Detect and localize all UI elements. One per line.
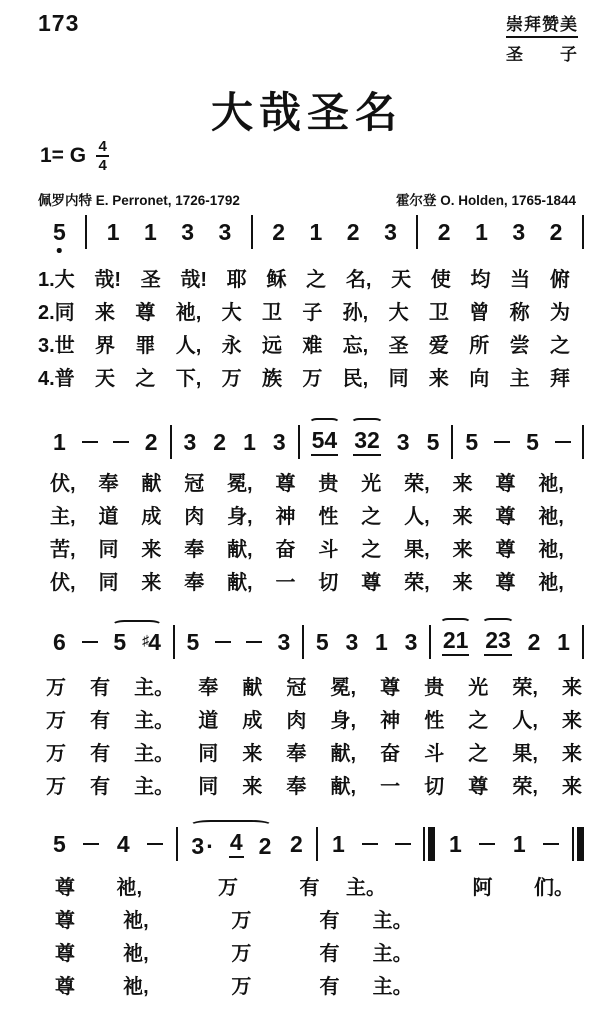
lyric-syllable: 之	[306, 270, 326, 290]
duration-dash	[395, 843, 411, 846]
lyric-syllable: 来	[242, 744, 262, 764]
lyric-syllable: 尊	[468, 777, 488, 797]
note: 5	[426, 431, 441, 454]
lyric-syllable: 尊	[495, 540, 515, 560]
verse-lyric-block-2: 伏,奉献冠冕,尊贵光荣,来尊祂, 主,道成肉身,神性之人,来尊祂, 苦,同来奉献…	[0, 467, 614, 599]
barline	[451, 425, 453, 459]
barline	[173, 625, 175, 659]
note: 21	[442, 629, 470, 656]
note: 5	[525, 431, 540, 454]
lyric-line: 2.同来尊祂,大卫子孙,大卫曾称为	[0, 296, 614, 329]
lyricist-credit: 佩罗内特 E. Perronet, 1726-1792	[38, 189, 240, 209]
meter-lower: 4	[98, 158, 106, 173]
key-label: 1= G	[40, 144, 86, 168]
note: 2	[437, 221, 452, 244]
lyric-syllable: 切	[318, 573, 338, 593]
note: 32	[353, 429, 381, 456]
lyric-syllable: 来	[453, 573, 473, 593]
lyric-syllable: 献,	[330, 777, 356, 797]
note: 3	[183, 431, 198, 454]
lyric-syllable: 4.普	[38, 369, 75, 389]
lyric-line: 1.大哉!圣哉!耶稣之名,天使均当俯	[0, 263, 614, 296]
lyric-syllable: 万	[46, 744, 66, 764]
lyric-syllable: 子	[302, 303, 322, 323]
lyric-line: 尊祂,万有主。	[0, 937, 614, 970]
lyric-line: 伏,奉献冠冕,尊贵光荣,来尊祂,	[0, 467, 614, 500]
note: 3	[396, 431, 411, 454]
lyric-syllable: 来	[453, 474, 473, 494]
lyric-syllable: 斗	[424, 744, 444, 764]
music-line-1: 5113321232132	[0, 209, 614, 255]
lyric-syllable: 孙,	[343, 303, 369, 323]
lyric-syllable: 有	[90, 678, 110, 698]
final-barline-thick	[577, 827, 584, 861]
meter-upper: 4	[98, 139, 106, 154]
lyric-syllable: 尊	[55, 911, 75, 931]
lyric-syllable: 民,	[343, 369, 369, 389]
lyric-syllable: 稣	[266, 270, 286, 290]
lyric-syllable: 来	[453, 540, 473, 560]
lyric-syllable: 性	[318, 507, 338, 527]
lyric-syllable: 罪	[135, 336, 155, 356]
lyric-syllable: 之	[468, 744, 488, 764]
lyric-syllable: 尝	[510, 336, 530, 356]
lyric-syllable: 永	[222, 336, 242, 356]
lyric-syllable: 肉	[286, 711, 306, 731]
lyric-syllable: 圣	[141, 270, 161, 290]
slur-arc	[309, 418, 341, 428]
lyric-syllable: 同	[98, 540, 118, 560]
barline	[316, 827, 318, 861]
lyric-syllable: 耶	[227, 270, 247, 290]
lyric-syllable: 苦,	[50, 540, 76, 560]
lyric-syllable: 尊	[380, 678, 400, 698]
lyric-line: 尊祂,万有主。	[0, 970, 614, 1003]
lyric-syllable: 主。	[134, 711, 174, 731]
note: 4	[116, 833, 131, 856]
lyric-syllable: 来	[429, 369, 449, 389]
lyric-syllable: 来	[562, 777, 582, 797]
lyric-syllable: 光	[361, 474, 381, 494]
music-line-3: 65♯4535313212321	[0, 619, 614, 665]
page-header: 173 崇拜赞美 圣 子	[0, 0, 614, 65]
composer-credit: 霍尔登 O. Holden, 1765-1844	[396, 189, 576, 209]
lyric-syllable: 尊	[55, 977, 75, 997]
note: 54	[311, 429, 339, 456]
lyric-line: 3.世界罪人,永远难忘,圣爱所尝之	[0, 329, 614, 362]
lyric-syllable: 身,	[227, 507, 253, 527]
lyric-syllable: 1.大	[38, 270, 75, 290]
note: 3	[180, 221, 195, 244]
lyric-syllable: 拜	[550, 369, 570, 389]
lyric-syllable: 一	[380, 777, 400, 797]
lyric-syllable: 奉	[184, 573, 204, 593]
duration-dash	[494, 441, 510, 444]
lyric-syllable: 万	[218, 878, 238, 898]
lyric-syllable: 爱	[429, 336, 449, 356]
lyric-syllable: 祂,	[176, 303, 202, 323]
note: 23	[484, 629, 512, 656]
lyric-syllable: 大	[222, 303, 242, 323]
lyric-syllable: 主。	[373, 944, 413, 964]
subcategory-label: 圣 子	[506, 40, 578, 65]
lyric-syllable: 卫	[429, 303, 449, 323]
lyric-syllable: 哉!	[94, 270, 121, 290]
lyric-syllable: 荣,	[512, 678, 538, 698]
lyric-line: 尊祂,万有主。	[0, 904, 614, 937]
note: 2	[527, 631, 542, 654]
final-barline	[572, 827, 584, 861]
lyric-line: 主,道成肉身,神性之人,来尊祂,	[0, 500, 614, 533]
duration-dash	[246, 641, 262, 644]
music-line-4: 543·422111	[0, 821, 614, 867]
lyric-line: 苦,同来奉献,奋斗之果,来尊祂,	[0, 533, 614, 566]
barline	[176, 827, 178, 861]
note: 1	[512, 833, 527, 856]
note: ♯4	[141, 631, 162, 654]
duration-dash	[362, 843, 378, 846]
lyric-syllable: 2.同	[38, 303, 75, 323]
note: 3	[344, 631, 359, 654]
lyric-syllable: 来	[95, 303, 115, 323]
lyric-syllable: 尊	[495, 507, 515, 527]
lyric-syllable: 界	[95, 336, 115, 356]
duration-dash	[147, 843, 163, 846]
note: 5	[185, 631, 200, 654]
lyric-syllable: 为	[550, 303, 570, 323]
lyric-line: 万有主。同来奉献,一切尊荣,来	[0, 770, 614, 803]
note: 1	[143, 221, 158, 244]
lyric-syllable: 有	[319, 911, 339, 931]
barline	[170, 425, 172, 459]
lyric-syllable: 祂,	[538, 507, 564, 527]
lyric-syllable: 下,	[176, 369, 202, 389]
lyric-syllable: 身,	[330, 711, 356, 731]
lyric-syllable: 主。	[373, 911, 413, 931]
lyric-syllable: 同	[198, 744, 218, 764]
lyric-syllable: 来	[562, 678, 582, 698]
note: 1	[374, 631, 389, 654]
lyric-syllable: 有	[90, 744, 110, 764]
duration-dash	[543, 843, 559, 846]
barline	[302, 625, 304, 659]
lyric-syllable: 大	[389, 303, 409, 323]
note: 3	[404, 631, 419, 654]
lyric-syllable: 均	[470, 270, 490, 290]
barline	[582, 215, 584, 249]
note: 1	[331, 833, 346, 856]
meter-fraction: 4 4	[96, 139, 109, 173]
lyric-syllable: 所	[469, 336, 489, 356]
lyric-syllable: 有	[90, 777, 110, 797]
slur-arc	[482, 618, 514, 628]
lyric-syllable: 伏,	[50, 573, 76, 593]
lyric-syllable: 有	[319, 944, 339, 964]
music-line-2: 12321354323555	[0, 419, 614, 465]
final-barline	[423, 827, 435, 861]
lyric-syllable: 向	[469, 369, 489, 389]
lyric-syllable: 奋	[276, 540, 296, 560]
lyric-syllable: 之	[135, 369, 155, 389]
lyric-syllable: 成	[141, 507, 161, 527]
lyric-syllable: 之	[361, 507, 381, 527]
note: 5	[464, 431, 479, 454]
lyric-syllable: 俯	[550, 270, 570, 290]
lyric-syllable: 有	[90, 711, 110, 731]
lyric-syllable: 尊	[495, 573, 515, 593]
slur-group: 5♯4	[112, 631, 162, 654]
duration-dash	[83, 843, 99, 846]
duration-dash	[215, 641, 231, 644]
note: 3	[272, 431, 287, 454]
hymn-number: 173	[38, 10, 79, 37]
slur-arc	[440, 618, 472, 628]
category-block: 崇拜赞美 圣 子	[506, 10, 578, 65]
lyric-syllable: 主。	[134, 678, 174, 698]
lyric-syllable: 难	[302, 336, 322, 356]
lyric-syllable: 同	[98, 573, 118, 593]
lyric-syllable: 当	[510, 270, 530, 290]
lyric-syllable: 之	[361, 540, 381, 560]
lyric-syllable: 来	[141, 573, 161, 593]
lyric-syllable: 同	[389, 369, 409, 389]
lyric-syllable: 曾	[469, 303, 489, 323]
hymn-title: 大哉圣名	[0, 91, 614, 135]
lyric-syllable: 有	[300, 878, 320, 898]
lyric-syllable: 献,	[330, 744, 356, 764]
note: 1	[309, 221, 324, 244]
lyric-syllable: 万	[46, 777, 66, 797]
lyric-syllable: 肉	[184, 507, 204, 527]
lyric-syllable: 神	[380, 711, 400, 731]
lyric-syllable: 荣,	[512, 777, 538, 797]
barline	[251, 215, 253, 249]
lyric-syllable: 来	[453, 507, 473, 527]
lyric-syllable: 主。	[346, 878, 386, 898]
final-barline-thick	[428, 827, 435, 861]
note: 3	[277, 631, 292, 654]
lyric-syllable: 冕,	[330, 678, 356, 698]
lyric-syllable: 献,	[227, 573, 253, 593]
lyric-syllable: 来	[562, 711, 582, 731]
verse-lyric-block-1: 1.大哉!圣哉!耶稣之名,天使均当俯 2.同来尊祂,大卫子孙,大卫曾称为 3.世…	[0, 263, 614, 395]
lyric-syllable: 哉!	[180, 270, 207, 290]
lyric-syllable: 尊	[135, 303, 155, 323]
verse-lyric-block-3: 万有主。奉献冠冕,尊贵光荣,来 万有主。道成肉身,神性之人,来 万有主。同来奉献…	[0, 671, 614, 803]
duration-dash	[479, 843, 495, 846]
duration-dash	[82, 441, 98, 444]
lyric-syllable: 族	[262, 369, 282, 389]
lyric-syllable: 尊	[55, 878, 75, 898]
note: 1	[106, 221, 121, 244]
lyric-syllable: 们。	[534, 878, 574, 898]
barline	[416, 215, 418, 249]
barline	[85, 215, 87, 249]
sharp-icon: ♯	[142, 632, 149, 648]
lyric-syllable: 献	[242, 678, 262, 698]
lyric-syllable: 尊	[55, 944, 75, 964]
lyric-syllable: 3.世	[38, 336, 75, 356]
lyric-syllable: 果,	[512, 744, 538, 764]
lyric-syllable: 人,	[512, 711, 538, 731]
lyric-syllable: 圣	[389, 336, 409, 356]
lyric-syllable: 阿	[473, 878, 493, 898]
lyric-syllable: 天	[95, 369, 115, 389]
lyric-syllable: 奉	[184, 540, 204, 560]
duration-dash	[82, 641, 98, 644]
note: 1	[556, 631, 571, 654]
lyric-syllable: 祂,	[538, 573, 564, 593]
note: 4	[229, 831, 244, 858]
note: 1	[242, 431, 257, 454]
note: 6	[52, 631, 67, 654]
lyric-syllable: 远	[262, 336, 282, 356]
barline	[429, 625, 431, 659]
lyric-syllable: 成	[242, 711, 262, 731]
note: 5	[315, 631, 330, 654]
barline	[582, 425, 584, 459]
note: 3	[511, 221, 526, 244]
lyric-syllable: 神	[276, 507, 296, 527]
lyric-line: 尊祂,万有主。阿们。	[0, 871, 614, 904]
lyric-syllable: 献,	[227, 540, 253, 560]
slur-group: 3·42	[190, 831, 272, 858]
lyric-syllable: 奋	[380, 744, 400, 764]
lyric-syllable: 忘,	[343, 336, 369, 356]
lyric-syllable: 冕,	[227, 474, 253, 494]
lyric-syllable: 万	[231, 911, 251, 931]
lyric-line: 万有主。同来奉献,奋斗之果,来	[0, 737, 614, 770]
lyric-syllable: 尊	[361, 573, 381, 593]
lyric-syllable: 万	[231, 944, 251, 964]
note: 2	[144, 431, 159, 454]
note: 2	[346, 221, 361, 244]
lyric-syllable: 主,	[50, 507, 76, 527]
lyric-syllable: 名,	[346, 270, 372, 290]
key-signature: 1= G 4 4	[40, 137, 614, 175]
note: 1	[448, 833, 463, 856]
lyric-line: 万有主。奉献冠冕,尊贵光荣,来	[0, 671, 614, 704]
lyric-syllable: 荣,	[404, 573, 430, 593]
barline	[298, 425, 300, 459]
lyric-syllable: 冠	[184, 474, 204, 494]
lyric-syllable: 奉	[286, 744, 306, 764]
lyric-syllable: 主。	[373, 977, 413, 997]
lyric-syllable: 奉	[286, 777, 306, 797]
lyric-syllable: 祂,	[538, 474, 564, 494]
lyric-syllable: 祂,	[123, 911, 149, 931]
lyric-syllable: 奉	[198, 678, 218, 698]
lyric-syllable: 使	[431, 270, 451, 290]
lyric-syllable: 尊	[495, 474, 515, 494]
lyric-syllable: 万	[302, 369, 322, 389]
lyric-syllable: 万	[222, 369, 242, 389]
lyric-syllable: 祂,	[538, 540, 564, 560]
lyric-syllable: 祂,	[117, 878, 143, 898]
lyric-syllable: 来	[562, 744, 582, 764]
lyric-syllable: 卫	[262, 303, 282, 323]
final-barline-thin	[572, 827, 574, 861]
note: 1	[474, 221, 489, 244]
lyric-syllable: 来	[141, 540, 161, 560]
lyric-syllable: 斗	[318, 540, 338, 560]
lyric-syllable: 万	[46, 711, 66, 731]
lyric-syllable: 果,	[404, 540, 430, 560]
lyric-syllable: 之	[550, 336, 570, 356]
augmentation-dot: ·	[206, 833, 214, 859]
final-barline-thin	[423, 827, 425, 861]
note: 2	[289, 833, 304, 856]
lyric-syllable: 荣,	[404, 474, 430, 494]
lyric-syllable: 贵	[424, 678, 444, 698]
lyric-syllable: 献	[141, 474, 161, 494]
duration-dash	[113, 441, 129, 444]
lyric-syllable: 有	[319, 977, 339, 997]
note: 3	[383, 221, 398, 244]
slur-arc	[351, 418, 383, 428]
lyric-syllable: 伏,	[50, 474, 76, 494]
lyric-syllable: 一	[276, 573, 296, 593]
lyric-syllable: 称	[510, 303, 530, 323]
lyric-syllable: 主	[510, 369, 530, 389]
lyric-syllable: 同	[198, 777, 218, 797]
verse-lyric-block-4: 尊祂,万有主。阿们。 尊祂,万有主。 尊祂,万有主。 尊祂,万有主。	[0, 871, 614, 1003]
lyric-syllable: 性	[424, 711, 444, 731]
duration-dash	[555, 441, 571, 444]
lyric-syllable: 天	[391, 270, 411, 290]
lyric-syllable: 贵	[318, 474, 338, 494]
note: 3·	[190, 835, 214, 858]
lyric-line: 万有主。道成肉身,神性之人,来	[0, 704, 614, 737]
low-octave-dot	[57, 248, 62, 253]
note: 2	[212, 431, 227, 454]
lyric-line: 4.普天之下,万族万民,同来向主拜	[0, 362, 614, 395]
lyric-syllable: 冠	[286, 678, 306, 698]
lyric-syllable: 人,	[176, 336, 202, 356]
category-label: 崇拜赞美	[506, 10, 578, 38]
note: 5	[52, 833, 67, 856]
note: 1	[52, 431, 67, 454]
lyric-syllable: 人,	[404, 507, 430, 527]
lyric-syllable: 之	[468, 711, 488, 731]
lyric-syllable: 尊	[276, 474, 296, 494]
lyric-syllable: 主。	[134, 777, 174, 797]
lyric-line: 伏,同来奉献,一切尊荣,来尊祂,	[0, 566, 614, 599]
note: 2	[549, 221, 564, 244]
lyric-syllable: 来	[242, 777, 262, 797]
note: 2	[258, 835, 273, 858]
lyric-syllable: 万	[46, 678, 66, 698]
lyric-syllable: 道	[198, 711, 218, 731]
note: 5	[112, 631, 127, 654]
lyric-syllable: 主。	[134, 744, 174, 764]
lyric-syllable: 切	[424, 777, 444, 797]
lyric-syllable: 奉	[98, 474, 118, 494]
note: 2	[271, 221, 286, 244]
lyric-syllable: 光	[468, 678, 488, 698]
barline	[582, 625, 584, 659]
author-credits: 佩罗内特 E. Perronet, 1726-1792 霍尔登 O. Holde…	[0, 189, 614, 209]
hymn-sheet-page: 173 崇拜赞美 圣 子 大哉圣名 1= G 4 4 佩罗内特 E. Perro…	[0, 0, 614, 1024]
lyric-syllable: 道	[98, 507, 118, 527]
note: 5	[52, 221, 67, 244]
lyric-syllable: 祂,	[123, 977, 149, 997]
lyric-syllable: 祂,	[123, 944, 149, 964]
lyric-syllable: 万	[231, 977, 251, 997]
note: 3	[218, 221, 233, 244]
